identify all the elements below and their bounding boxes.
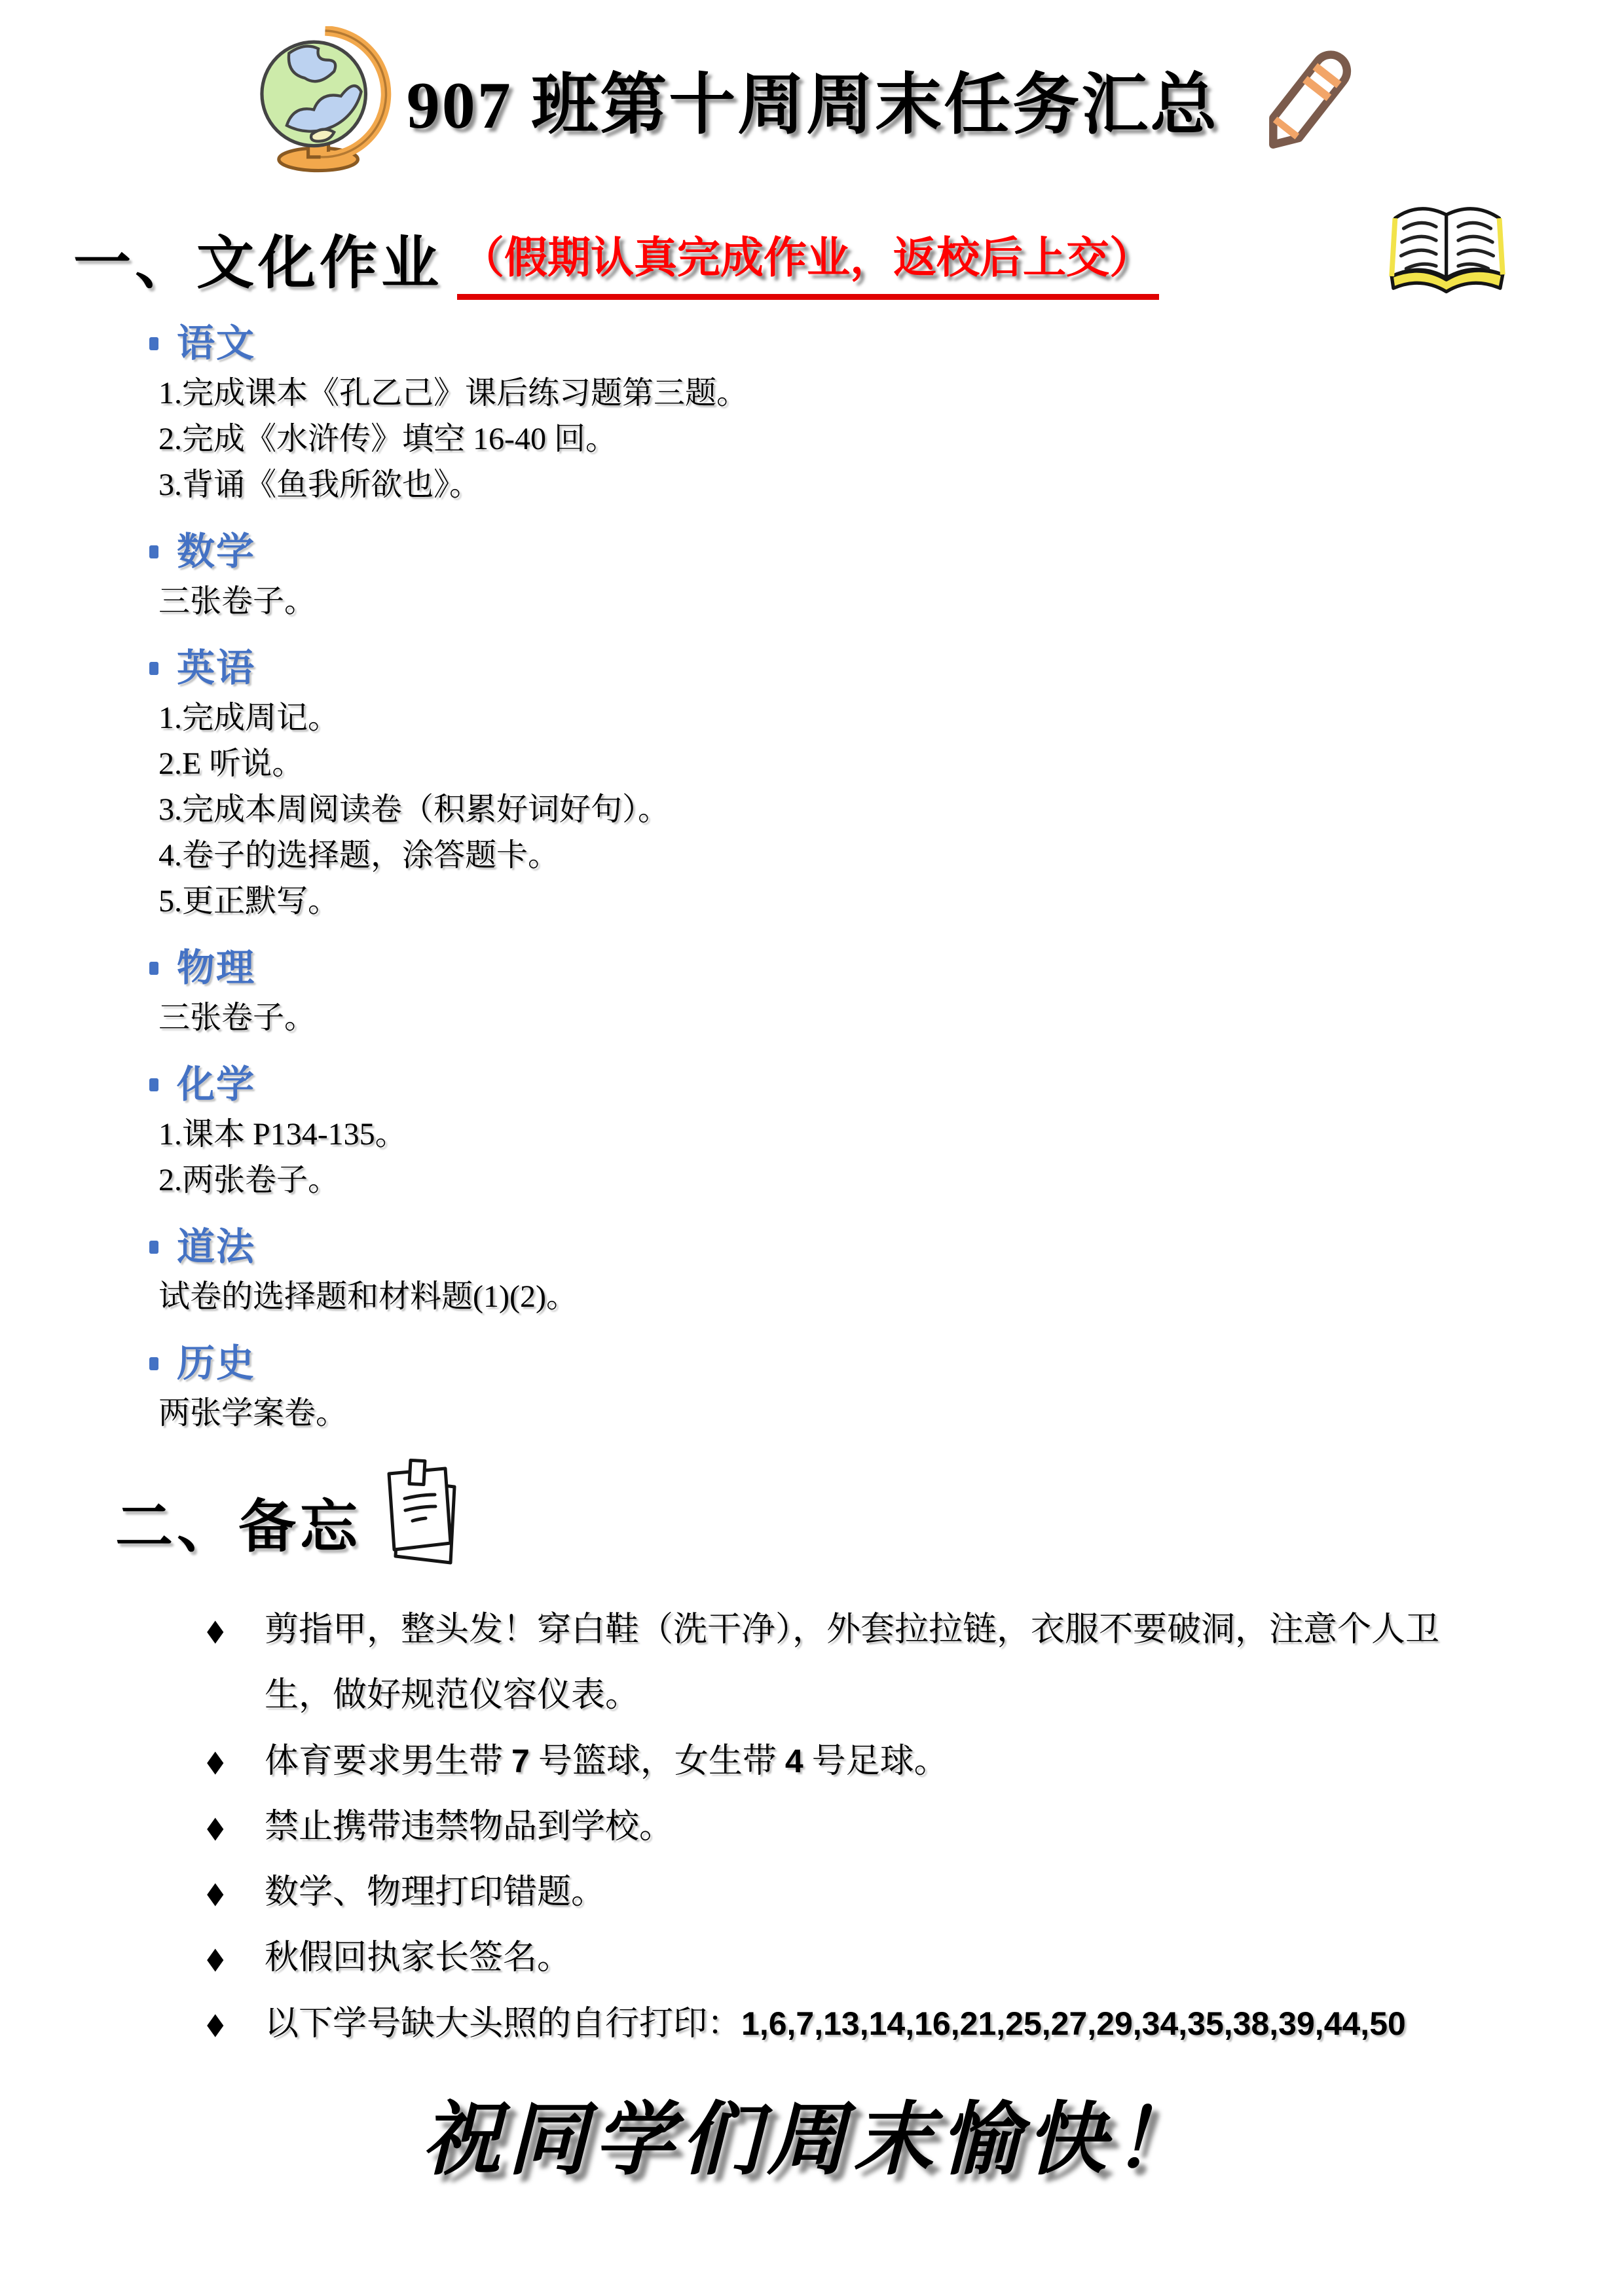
homework-item: 两张学案卷。 [158,1391,1547,1436]
diamond-bullet-icon: ◆ [207,1795,231,1860]
homework-item: 2.两张卷子。 [158,1157,1547,1203]
bullet-dot-icon [149,337,158,350]
homework-item: 5.更正默写。 [158,879,1547,924]
memo-segment: 号足球。 [803,1743,948,1780]
diamond-bullet-icon: ◆ [207,1597,231,1663]
memo-text: 体育要求男生带 7 号篮球，女生带 4 号足球。 [265,1728,948,1795]
subject-heading: 道法 [149,1226,1547,1269]
subject-block: 化学 1.课本 P134-135。2.两张卷子。 [149,1063,1547,1203]
subject-items: 三张卷子。 [149,995,1547,1041]
section1-heading: 一、文化作业 [73,217,443,300]
subject-block: 语文 1.完成课本《孔乙己》课后练习题第三题。2.完成《水浒传》填空 16-40… [149,322,1547,508]
diamond-bullet-icon: ◆ [207,1860,231,1925]
memo-item: ◆ 体育要求男生带 7 号篮球，女生带 4 号足球。 [207,1728,1547,1795]
homework-item: 3.背诵《鱼我所欲也》。 [158,462,1547,508]
subject-items: 试卷的选择题和材料题(1)(2)。 [149,1274,1547,1320]
memo-bold-segment: 4 [785,1743,803,1779]
subject-name: 数学 [177,530,255,574]
homework-item: 三张卷子。 [158,995,1547,1041]
diamond-bullet-icon: ◆ [207,1728,231,1794]
memo-bold-segment: 1,6,7,13,14,16,21,25,27,29,34,35,38,39,4… [741,2005,1406,2042]
subject-heading: 化学 [149,1063,1547,1106]
memo-text: 禁止携带违禁物品到学校。 [265,1795,673,1860]
subject-items: 三张卷子。 [149,579,1547,625]
bullet-dot-icon [149,1241,158,1254]
memo-segment: 禁止携带违禁物品到学校。 [265,1808,673,1846]
diamond-bullet-icon: ◆ [207,1991,231,2056]
memo-item: ◆ 数学、物理打印错题。 [207,1860,1547,1925]
memo-text: 数学、物理打印错题。 [265,1860,605,1925]
bullet-dot-icon [149,545,158,558]
subject-items: 1.课本 P134-135。2.两张卷子。 [149,1112,1547,1203]
memo-item: ◆ 以下学号缺大头照的自行打印：1,6,7,13,14,16,21,25,27,… [207,1991,1547,2057]
page-title: 907 班第十周周末任务汇总 [407,52,1219,147]
bullet-dot-icon [149,1357,158,1370]
homework-item: 1.课本 P134-135。 [158,1112,1547,1157]
subject-block: 历史 两张学案卷。 [149,1342,1547,1436]
bullet-dot-icon [149,1078,158,1091]
subject-heading: 物理 [149,947,1547,990]
homework-item: 4.卷子的选择题，涂答题卡。 [158,833,1547,879]
subject-block: 道法 试卷的选择题和材料题(1)(2)。 [149,1226,1547,1320]
memo-text: 剪指甲，整头发！穿白鞋（洗干净），外套拉拉链，衣服不要破洞，注意个人卫生，做好规… [265,1597,1450,1728]
bullet-dot-icon [149,962,158,975]
subject-items: 1.完成课本《孔乙己》课后练习题第三题。2.完成《水浒传》填空 16-40 回。… [149,371,1547,508]
subject-heading: 英语 [149,647,1547,690]
diamond-bullet-icon: ◆ [207,1925,231,1991]
open-book-icon [1378,198,1517,296]
subject-list: 语文 1.完成课本《孔乙己》课后练习题第三题。2.完成《水浒传》填空 16-40… [73,322,1547,1436]
document-header: 907 班第十周周末任务汇总 [73,26,1547,173]
subject-heading: 语文 [149,322,1547,365]
memo-text: 以下学号缺大头照的自行打印：1,6,7,13,14,16,21,25,27,29… [265,1991,1406,2057]
subject-block: 数学 三张卷子。 [149,530,1547,625]
memo-segment: 体育要求男生带 [265,1743,511,1780]
memo-segment: 秋假回执家长签名。 [265,1939,571,1977]
homework-item: 三张卷子。 [158,579,1547,625]
memo-segment: 号篮球，女生带 [530,1743,785,1780]
bullet-dot-icon [149,662,158,675]
memo-segment: 以下学号缺大头照的自行打印： [265,2005,741,2043]
memo-note-icon [371,1456,469,1578]
memo-segment: 剪指甲，整头发！穿白鞋（洗干净），外套拉拉链，衣服不要破洞，注意个人卫生，做好规… [265,1611,1439,1714]
subject-name: 物理 [177,947,255,990]
subject-name: 语文 [177,322,255,365]
memo-segment: 数学、物理打印错题。 [265,1874,605,1911]
homework-item: 试卷的选择题和材料题(1)(2)。 [158,1274,1547,1320]
globe-icon [253,26,392,173]
pencil-icon [1250,32,1367,167]
subject-items: 1.完成周记。2.E 听说。3.完成本周阅读卷（积累好词好句）。4.卷子的选择题… [149,695,1547,924]
section1-annotation: （假期认真完成作业，返校后上交） [457,223,1159,300]
subject-heading: 历史 [149,1342,1547,1385]
homework-item: 2.完成《水浒传》填空 16-40 回。 [158,416,1547,462]
memo-text: 秋假回执家长签名。 [265,1925,571,1991]
subject-name: 英语 [177,647,255,690]
subject-heading: 数学 [149,530,1547,574]
section2-header: 二、备忘 [115,1467,1547,1578]
document-page: 907 班第十周周末任务汇总 一、文化作业 （假期认真完成作业，返校后上交） [0,0,1624,2296]
footer-message: 祝同学们周末愉快！ [73,2075,1547,2190]
memo-list: ◆ 剪指甲，整头发！穿白鞋（洗干净），外套拉拉链，衣服不要破洞，注意个人卫生，做… [207,1597,1547,2057]
memo-item: ◆ 秋假回执家长签名。 [207,1925,1547,1991]
section2-heading: 二、备忘 [115,1481,361,1563]
subject-name: 化学 [177,1063,255,1106]
memo-item: ◆ 禁止携带违禁物品到学校。 [207,1795,1547,1860]
homework-item: 3.完成本周阅读卷（积累好词好句）。 [158,787,1547,833]
subject-name: 道法 [177,1226,255,1269]
subject-items: 两张学案卷。 [149,1391,1547,1436]
subject-block: 物理 三张卷子。 [149,947,1547,1041]
section1-header: 一、文化作业 （假期认真完成作业，返校后上交） [73,198,1547,300]
homework-item: 2.E 听说。 [158,741,1547,787]
memo-item: ◆ 剪指甲，整头发！穿白鞋（洗干净），外套拉拉链，衣服不要破洞，注意个人卫生，做… [207,1597,1547,1728]
homework-item: 1.完成周记。 [158,695,1547,741]
subject-name: 历史 [177,1342,255,1385]
subject-block: 英语 1.完成周记。2.E 听说。3.完成本周阅读卷（积累好词好句）。4.卷子的… [149,647,1547,924]
homework-item: 1.完成课本《孔乙己》课后练习题第三题。 [158,371,1547,416]
memo-bold-segment: 7 [511,1743,530,1779]
